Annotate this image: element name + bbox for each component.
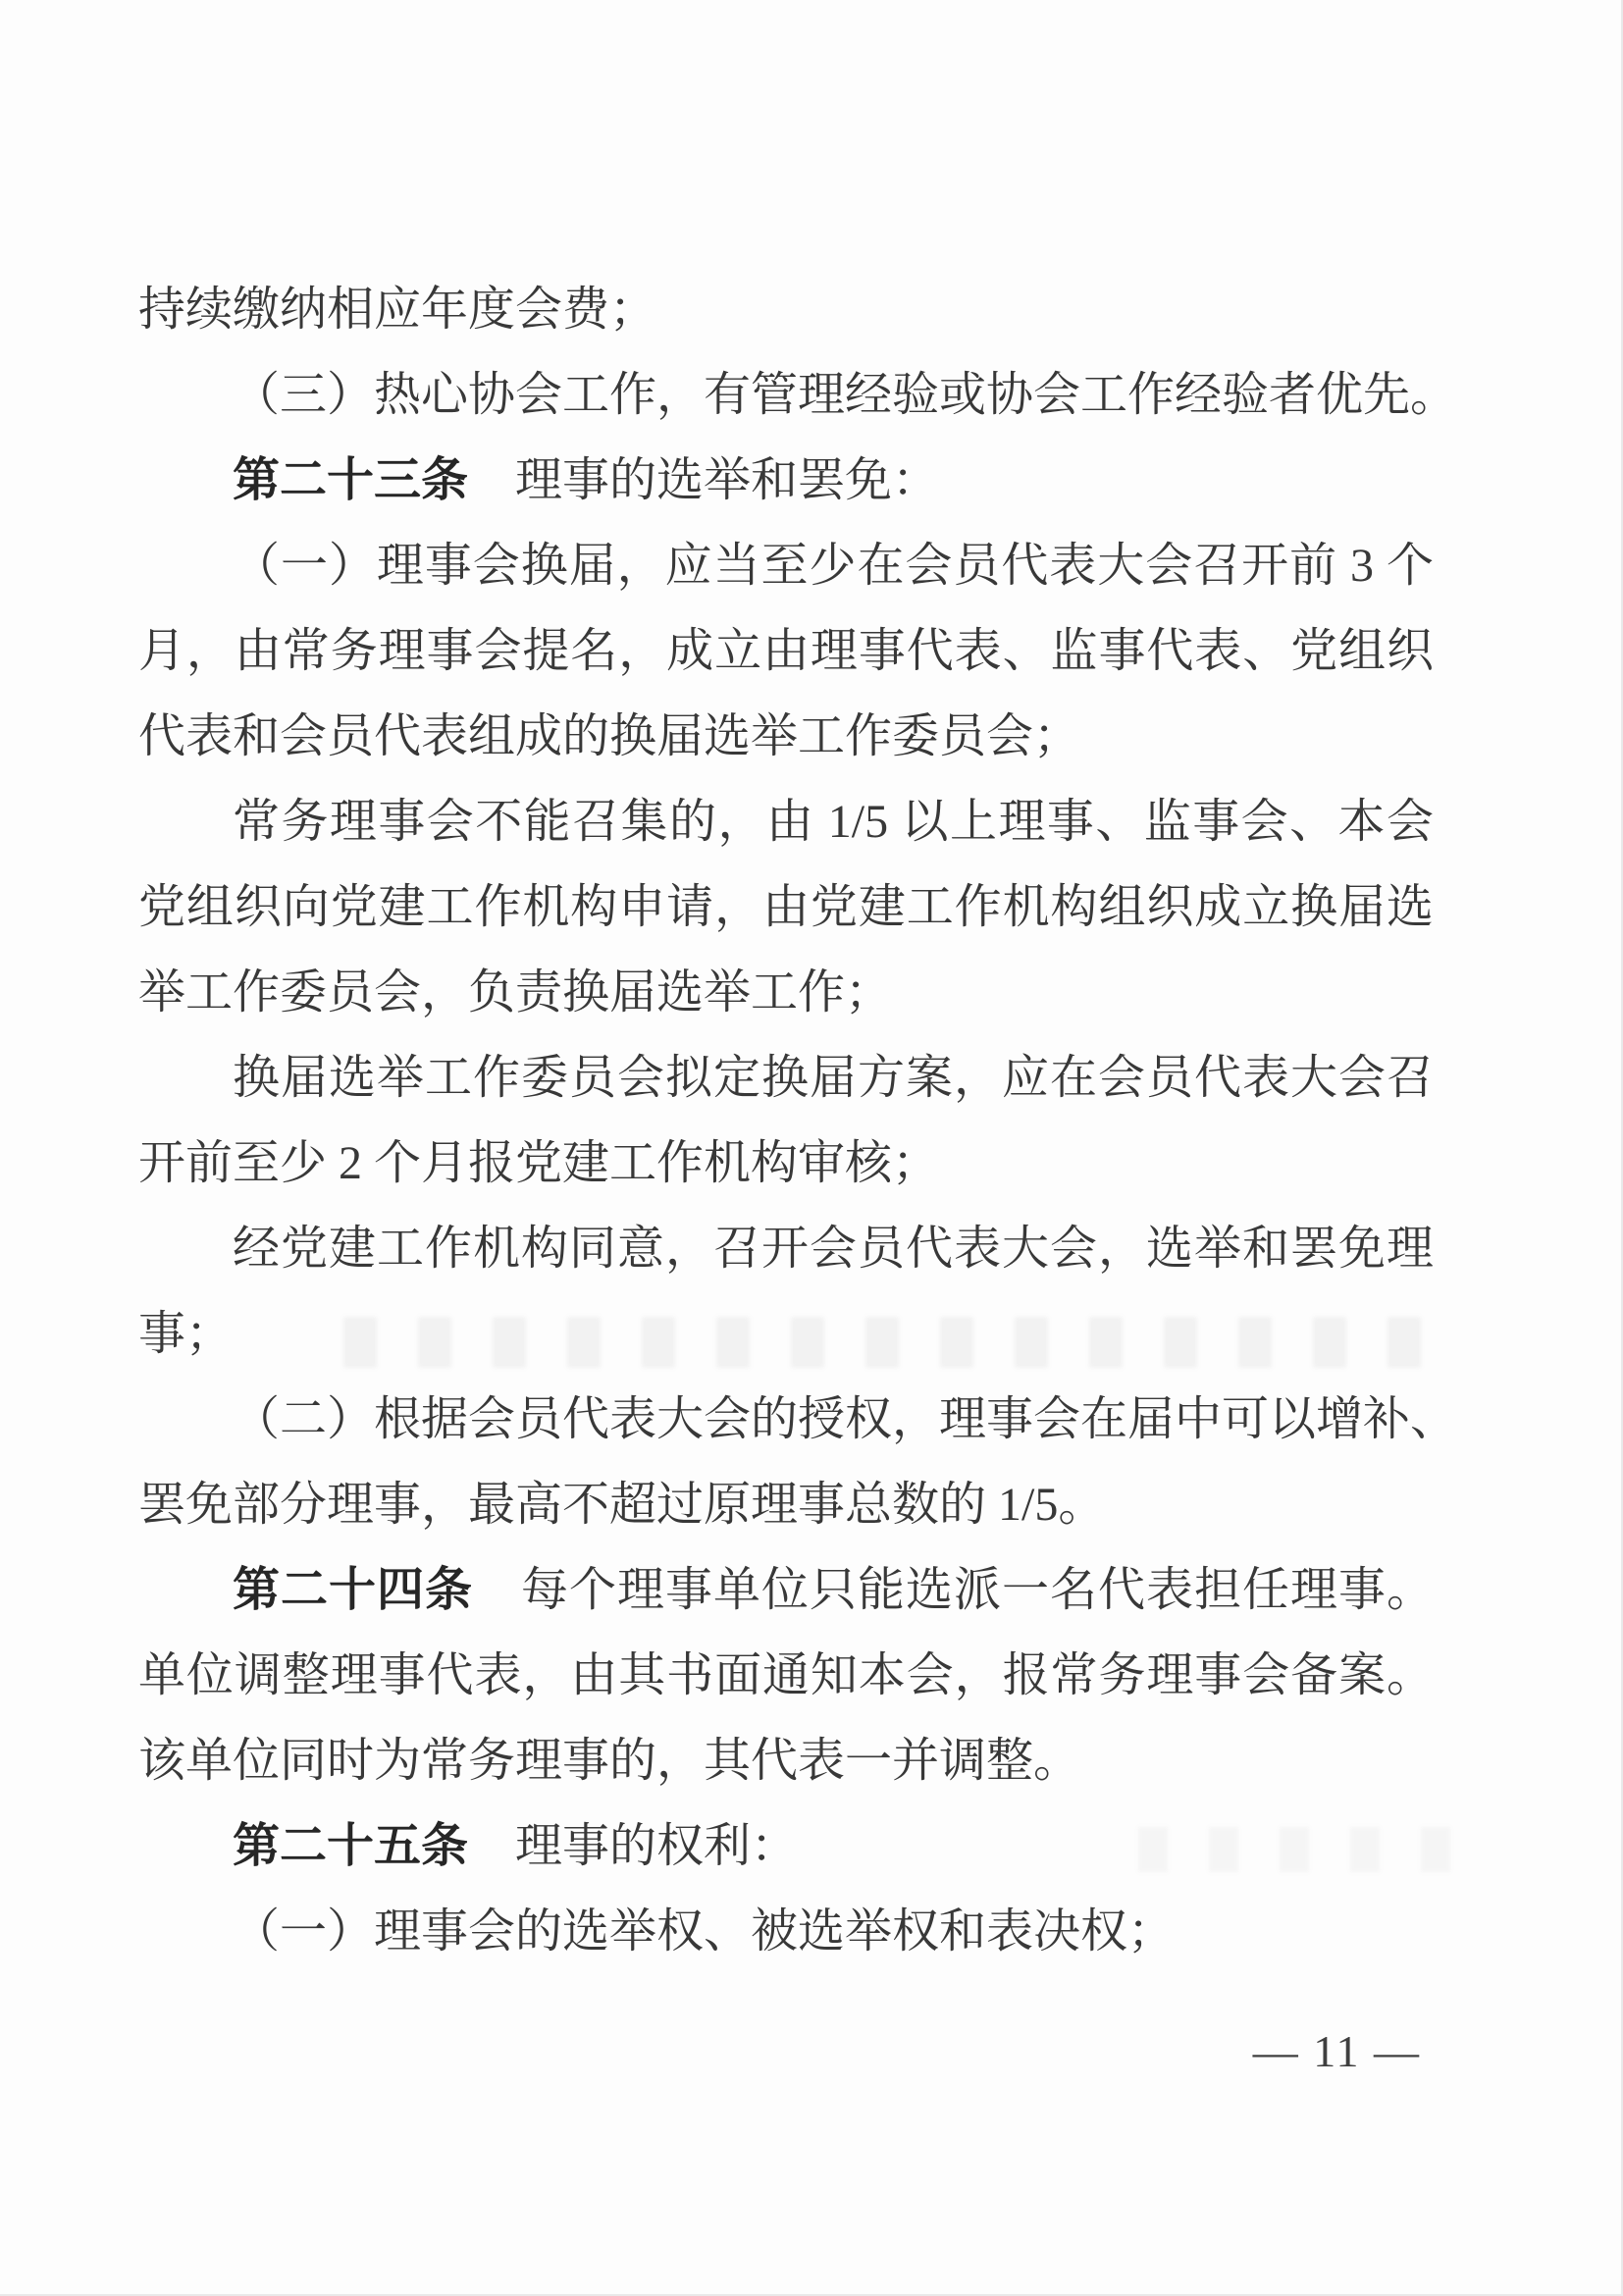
line-text: 开前至少 2 个月报党建工作机构审核； (138, 1137, 939, 1189)
text-line: 换届选举工作委员会拟定换届方案，应在会员代表大会召 (138, 1035, 1434, 1121)
page-number: — 11 — (1253, 2027, 1421, 2076)
text-line: 党组织向党建工作机构申请，由党建工作机构组织成立换届选 (138, 864, 1434, 950)
line-text: 每个理事单位只能选派一名代表担任理事。 (473, 1564, 1434, 1616)
text-line: （一）理事会换届，应当至少在会员代表大会召开前 3 个 (138, 523, 1434, 608)
article-number: 第二十五条 (233, 1820, 468, 1872)
line-text: 常务理事会不能召集的，由 1/5 以上理事、监事会、本会 (233, 796, 1434, 848)
line-text: 该单位同时为常务理事的，其代表一并调整。 (138, 1735, 1080, 1787)
line-text: 代表和会员代表组成的换届选举工作委员会； (138, 710, 1080, 762)
text-line: 经党建工作机构同意，召开会员代表大会，选举和罢免理 (138, 1206, 1434, 1291)
line-text: 举工作委员会，负责换届选举工作； (138, 966, 892, 1018)
text-line: 该单位同时为常务理事的，其代表一并调整。 (138, 1718, 1434, 1803)
scanned-document-page: 持续缴纳相应年度会费； （三）热心协会工作，有管理经验或协会工作经验者优先。 第… (0, 0, 1623, 2296)
text-line: （一）理事会的选举权、被选举权和表决权； (138, 1889, 1434, 1974)
article-number: 第二十四条 (233, 1564, 473, 1616)
line-text: （二）根据会员代表大会的授权，理事会在届中可以增补、 (233, 1393, 1457, 1445)
line-text: 事； (138, 1308, 233, 1360)
text-line: （二）根据会员代表大会的授权，理事会在届中可以增补、 (138, 1377, 1434, 1462)
line-text: 党组织向党建工作机构申请，由党建工作机构组织成立换届选 (138, 881, 1434, 933)
text-line: （三）热心协会工作，有管理经验或协会工作经验者优先。 (138, 352, 1434, 438)
text-line: 单位调整理事代表，由其书面通知本会，报常务理事会备案。 (138, 1633, 1434, 1718)
line-text: 理事的选举和罢免： (468, 454, 939, 506)
line-text: 单位调整理事代表，由其书面通知本会，报常务理事会备案。 (138, 1649, 1434, 1701)
text-line: 开前至少 2 个月报党建工作机构审核； (138, 1121, 1434, 1206)
article-number: 第二十三条 (233, 454, 468, 506)
text-line: 月，由常务理事会提名，成立由理事代表、监事代表、党组织 (138, 608, 1434, 694)
article-heading-line: 第二十四条 每个理事单位只能选派一名代表担任理事。 (138, 1547, 1434, 1633)
line-text: （三）热心协会工作，有管理经验或协会工作经验者优先。 (233, 369, 1457, 421)
line-text: 持续缴纳相应年度会费； (138, 284, 656, 336)
text-line: 事； (138, 1291, 1434, 1377)
line-text: （一）理事会换届，应当至少在会员代表大会召开前 3 个 (233, 540, 1434, 592)
text-line: 常务理事会不能召集的，由 1/5 以上理事、监事会、本会 (138, 779, 1434, 864)
line-text: 理事的权利： (468, 1820, 798, 1872)
article-heading-line: 第二十五条 理事的权利： (138, 1803, 1434, 1889)
text-line: 持续缴纳相应年度会费； (138, 267, 1434, 352)
text-line: 代表和会员代表组成的换届选举工作委员会； (138, 694, 1434, 779)
document-body: 持续缴纳相应年度会费； （三）热心协会工作，有管理经验或协会工作经验者优先。 第… (138, 267, 1434, 1974)
text-line: 罢免部分理事，最高不超过原理事总数的 1/5。 (138, 1462, 1434, 1547)
line-text: 换届选举工作委员会拟定换届方案，应在会员代表大会召 (233, 1052, 1434, 1104)
line-text: 月，由常务理事会提名，成立由理事代表、监事代表、党组织 (138, 625, 1434, 677)
line-text: （一）理事会的选举权、被选举权和表决权； (233, 1905, 1175, 1957)
line-text: 经党建工作机构同意，召开会员代表大会，选举和罢免理 (233, 1223, 1434, 1275)
article-heading-line: 第二十三条 理事的选举和罢免： (138, 438, 1434, 523)
line-text: 罢免部分理事，最高不超过原理事总数的 1/5。 (138, 1479, 1105, 1531)
text-line: 举工作委员会，负责换届选举工作； (138, 950, 1434, 1035)
